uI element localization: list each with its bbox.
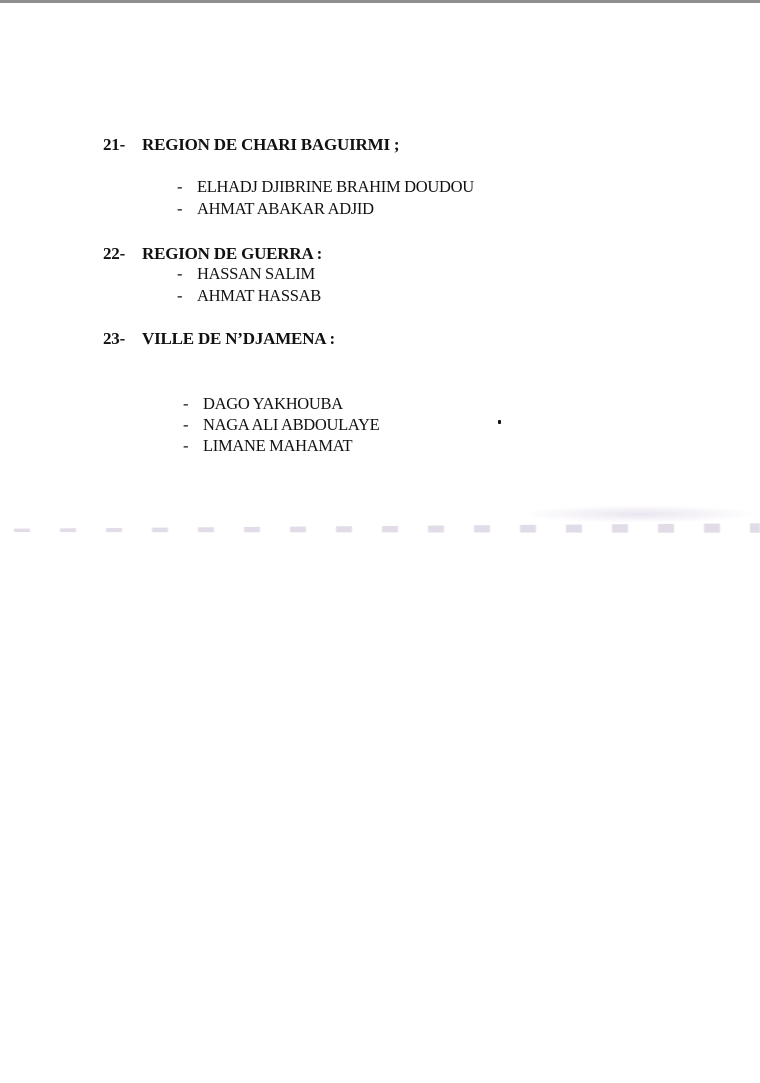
member-name: NAGA ALI ABDOULAYE (203, 415, 379, 434)
section-title: REGION DE CHARI BAGUIRMI ; (142, 135, 399, 154)
member-name: LIMANE MAHAMAT (203, 436, 352, 455)
section-heading-22: 22-REGION DE GUERRA : (103, 244, 322, 264)
section-heading-23: 23-VILLE DE N’DJAMENA : (103, 329, 335, 349)
list-item: -AHMAT ABAKAR ADJID (177, 199, 374, 219)
bullet-dash: - (177, 177, 197, 197)
section-number: 21- (103, 135, 142, 155)
list-item: -NAGA ALI ABDOULAYE (183, 415, 379, 435)
bullet-dash: - (183, 436, 203, 456)
bullet-dash: - (177, 199, 197, 219)
list-item: -HASSAN SALIM (177, 264, 315, 284)
member-name: AHMAT ABAKAR ADJID (197, 199, 374, 218)
section-title: VILLE DE N’DJAMENA : (142, 329, 335, 348)
scan-top-edge (0, 0, 760, 3)
section-heading-21: 21-REGION DE CHARI BAGUIRMI ; (103, 135, 399, 155)
section-number: 22- (103, 244, 142, 264)
section-number: 23- (103, 329, 142, 349)
list-item: -LIMANE MAHAMAT (183, 436, 352, 456)
bullet-dash: - (183, 415, 203, 435)
section-title: REGION DE GUERRA : (142, 244, 322, 263)
list-item: -ELHADJ DJIBRINE BRAHIM DOUDOU (177, 177, 474, 197)
bullet-dash: - (177, 264, 197, 284)
member-name: ELHADJ DJIBRINE BRAHIM DOUDOU (197, 177, 474, 196)
member-name: HASSAN SALIM (197, 264, 315, 283)
ink-speck (498, 420, 501, 424)
scan-smudge (520, 505, 760, 523)
list-item: -AHMAT HASSAB (177, 286, 321, 306)
bullet-dash: - (183, 394, 203, 414)
member-name: DAGO YAKHOUBA (203, 394, 343, 413)
bullet-dash: - (177, 286, 197, 306)
member-name: AHMAT HASSAB (197, 286, 321, 305)
list-item: -DAGO YAKHOUBA (183, 394, 343, 414)
